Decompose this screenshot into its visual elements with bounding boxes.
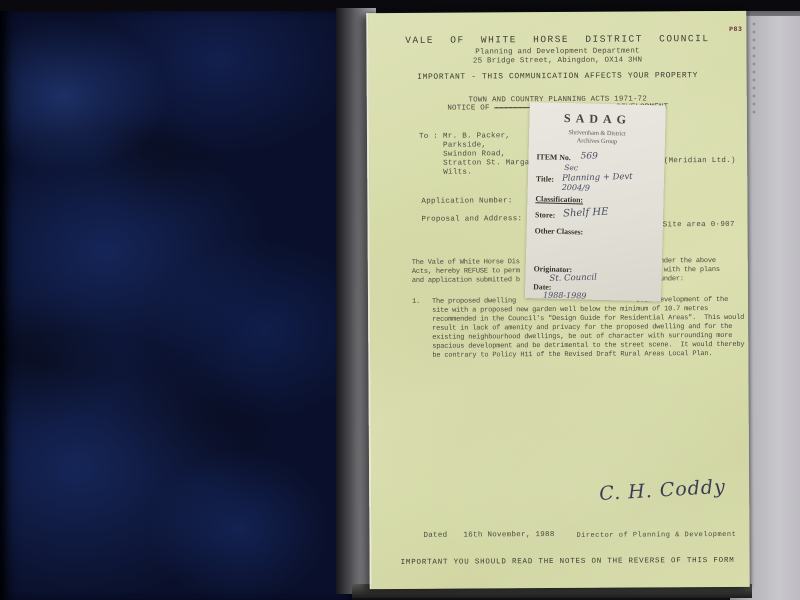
to-label: To :	[419, 133, 438, 141]
application-number-label: Application Number:	[421, 197, 512, 206]
store-value: Shelf HE	[563, 207, 609, 220]
classification-label: Classification:	[535, 194, 583, 204]
title-label: Title:	[536, 174, 554, 183]
notice-prefix: NOTICE OF	[447, 104, 494, 112]
important-line: IMPORTANT - THIS COMMUNICATION AFFECTS Y…	[369, 71, 747, 82]
recipient-line: Parkside,	[443, 141, 486, 149]
other-classes-label: Other Classes:	[535, 226, 584, 236]
item-no-sub-value: Sec	[564, 163, 578, 172]
sleeve-perforations	[750, 20, 758, 116]
item-no-value: 569	[580, 151, 597, 161]
signature: C. H. Coddy	[599, 476, 727, 505]
document-page: P83 VALE OF WHITE HORSE DISTRICT COUNCIL…	[366, 11, 750, 589]
store-label: Store:	[535, 210, 555, 220]
recipient-line: Wilts.	[443, 169, 472, 177]
address-line: 25 Bridge Street, Abingdon, OX14 3HN	[369, 56, 747, 66]
proposal-label: Proposal and Address:	[421, 215, 522, 224]
archive-label: SADAG Shrivenham & District Archives Gro…	[525, 102, 666, 301]
date-value: 1988-1989	[543, 290, 587, 300]
footer-important-line: IMPORTANT YOU SHOULD READ THE NOTES ON T…	[372, 557, 750, 567]
reason-line: be contrary to Policy H11 of the Revised…	[412, 350, 712, 361]
council-title: VALE OF WHITE HORSE DISTRICT COUNCIL	[368, 33, 746, 46]
binder-cover	[0, 0, 352, 600]
signatory-role: Director of Planning & Development	[576, 531, 736, 541]
title-value: Planning + Devt	[562, 172, 633, 184]
item-no-label: ITEM No.	[536, 152, 570, 162]
photo-of-binder-document: P83 VALE OF WHITE HORSE DISTRICT COUNCIL…	[0, 0, 800, 600]
archive-org-name: SADAG	[529, 110, 665, 128]
recipient-line: Swindon Road,	[443, 150, 505, 158]
agent-fragment: 1 (Meridian Ltd.)	[654, 157, 736, 165]
title-value-2: 2004/9	[562, 183, 590, 193]
recipient-line: Mr. B. Packer,	[443, 132, 510, 140]
dated-value: 16th November, 1988	[463, 531, 554, 540]
dated-label: Dated	[423, 532, 447, 540]
originator-value: St. Council	[549, 273, 597, 284]
backdrop-top-strip	[0, 0, 800, 11]
